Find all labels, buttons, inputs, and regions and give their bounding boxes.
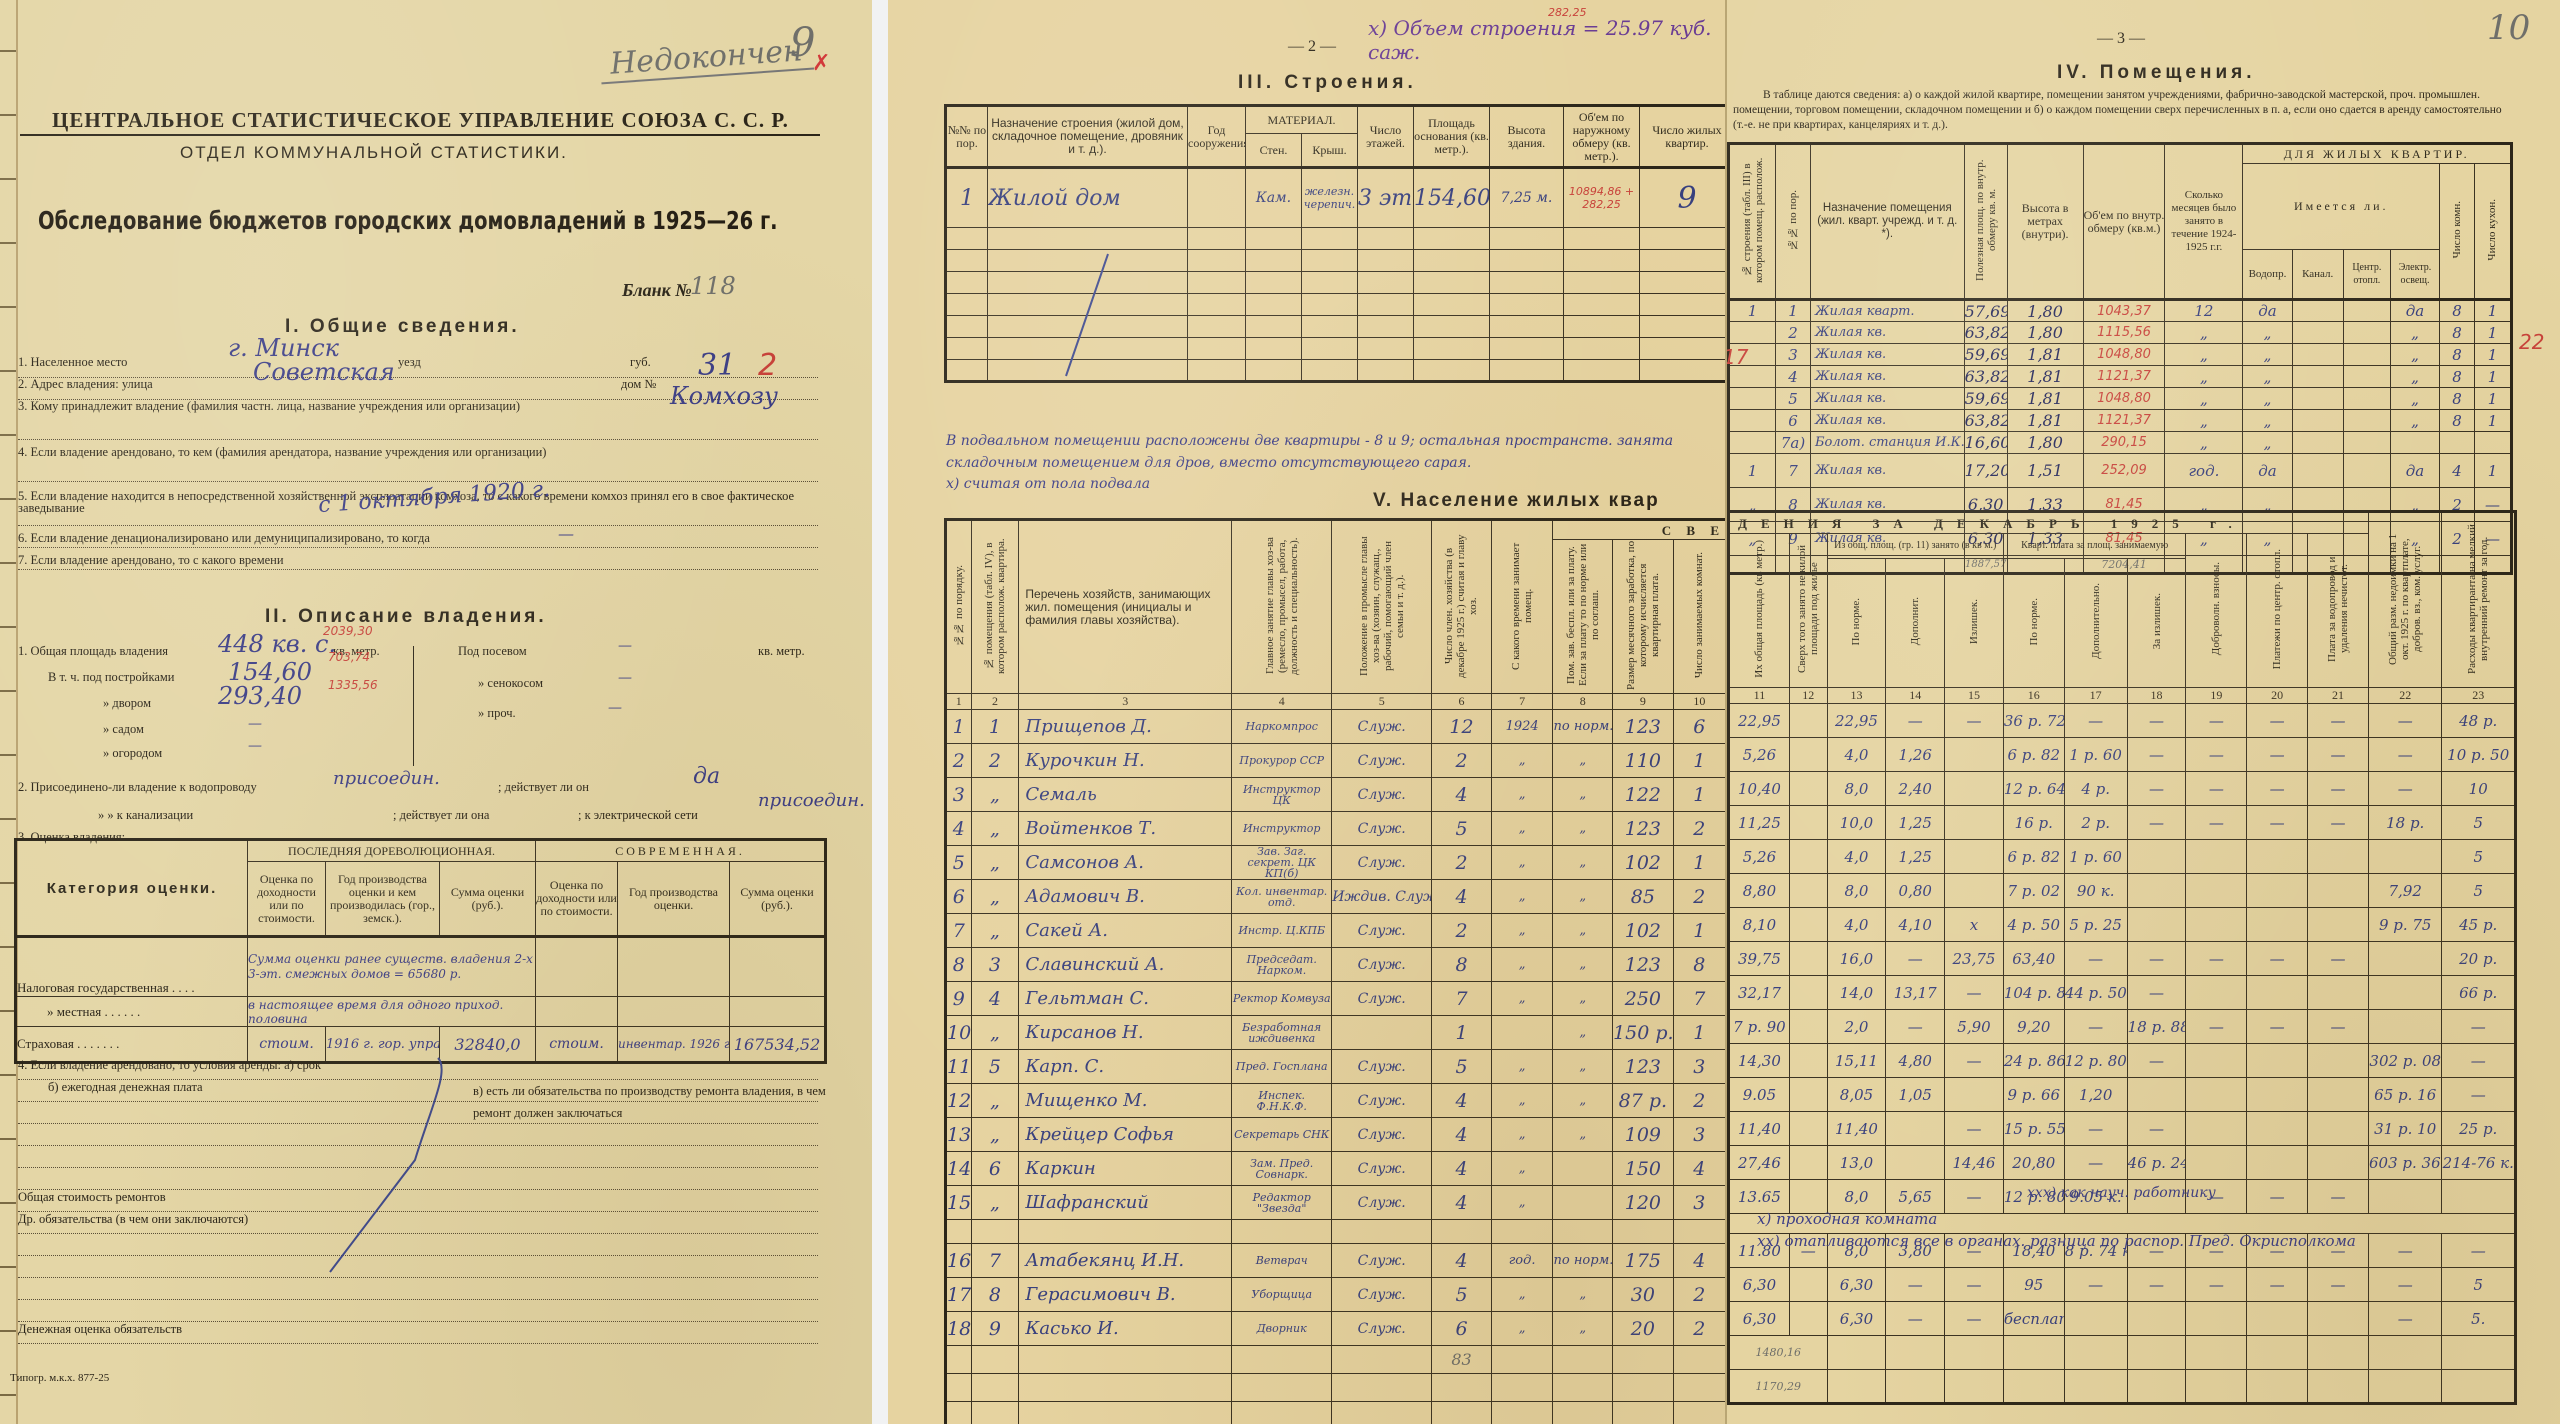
cell[interactable]: — [2369,1302,2442,1336]
cell[interactable]: Инстр. Ц.КПБ [1232,914,1332,948]
cell[interactable]: 1 [1673,744,1725,778]
cell[interactable]: „ [1491,914,1553,948]
cell[interactable]: 11,40 [1827,1112,1886,1146]
cell[interactable]: Курочкин Н. [1019,744,1232,778]
cell[interactable]: Жилая кварт. [1810,300,1964,322]
cell[interactable]: 2 р. [2064,806,2127,840]
cell[interactable] [2308,1044,2369,1078]
cell[interactable]: 7 [1432,982,1492,1016]
cell[interactable]: 8 [1673,948,1725,982]
cell[interactable]: „ [971,846,1019,880]
cell[interactable] [1945,874,2004,908]
cell[interactable]: 4 р. 50 [2003,908,2064,942]
cell[interactable]: 63,40 [2003,942,2064,976]
cell[interactable] [1789,1302,1827,1336]
cell[interactable]: 9 [1640,168,1726,228]
cell[interactable]: 1,80 [2007,432,2083,454]
cell[interactable]: 5,26 [1729,840,1790,874]
cell[interactable]: Мищенко М. [1019,1084,1232,1118]
cell[interactable] [2292,322,2343,344]
cell[interactable]: „ [1553,1118,1613,1152]
cell[interactable]: 9,20 [2003,1010,2064,1044]
cell[interactable]: 87 р. [1613,1084,1674,1118]
cell[interactable]: — [2308,704,2369,738]
cell[interactable]: 2 [1673,1084,1725,1118]
cell[interactable] [536,937,618,997]
cell[interactable]: „ [1491,1050,1553,1084]
cell[interactable]: да [2243,454,2292,488]
cell[interactable]: „ [971,914,1019,948]
cell[interactable]: Жилая кв. [1810,388,1964,410]
cell[interactable]: „ [1553,982,1613,1016]
cell[interactable]: 2 [1776,322,1811,344]
cell[interactable] [2186,1078,2247,1112]
cell[interactable]: — [2308,1010,2369,1044]
cell[interactable]: 3 [1673,1186,1725,1220]
cell[interactable]: 4,0 [1827,908,1886,942]
cell[interactable]: — [2186,1268,2247,1302]
cell[interactable]: 45 р. [2442,908,2516,942]
cell[interactable] [730,937,826,997]
cell[interactable]: Иждив. Служ. [1332,880,1432,914]
cell[interactable]: „ [1553,1278,1613,1312]
cell[interactable]: — [2442,1044,2516,1078]
cell[interactable]: 14,30 [1729,1044,1790,1078]
cell[interactable] [2442,1180,2516,1214]
cell[interactable]: Жилая кв. [1810,410,1964,432]
cell[interactable]: 46 р. 24 [2127,1146,2186,1180]
cell[interactable] [1729,410,1776,432]
area-other-value[interactable]: — [608,700,622,716]
cell[interactable]: „ [2165,410,2243,432]
cell[interactable]: 6 р. 82 [2003,738,2064,772]
cell[interactable]: — [2247,1268,2308,1302]
cell[interactable]: Славинский А. [1019,948,1232,982]
cell[interactable]: Семаль [1019,778,1232,812]
cell[interactable]: 30 [1613,1278,1674,1312]
cell[interactable]: Служ. [1332,982,1432,1016]
cell[interactable] [1945,806,2004,840]
cell[interactable]: 1 [2474,322,2511,344]
cell[interactable]: — [1945,976,2004,1010]
cell[interactable]: 32,17 [1729,976,1790,1010]
cell[interactable]: 1 [971,710,1019,744]
cell-note[interactable]: Сумма оценки ранее существ. владения 2-х… [248,937,536,997]
cell[interactable]: Сакей А. [1019,914,1232,948]
cell[interactable] [2369,840,2442,874]
cell[interactable]: 4,0 [1827,738,1886,772]
field-value[interactable]: Комхозу [670,390,778,402]
cell[interactable]: железн. черепич. [1302,168,1358,228]
cell[interactable] [1789,1044,1827,1078]
cell[interactable]: Наркомпрос [1232,710,1332,744]
cell[interactable]: 1,51 [2007,454,2083,488]
cell[interactable]: „ [1491,1312,1553,1346]
cell[interactable]: 109 [1613,1118,1674,1152]
cell[interactable]: 1 [2474,410,2511,432]
cell[interactable]: „ [1491,846,1553,880]
cell[interactable] [618,997,730,1027]
cell[interactable]: 122 [1613,778,1674,812]
cell[interactable]: „ [2243,432,2292,454]
cell[interactable] [2390,432,2439,454]
cell[interactable]: 3 [1673,1050,1725,1084]
cell[interactable]: — [2308,806,2369,840]
cell[interactable]: 8 [2440,344,2475,366]
cell[interactable] [2343,322,2390,344]
cell[interactable]: 7 [946,914,972,948]
cell[interactable]: — [2064,704,2127,738]
cell[interactable]: — [2247,1180,2308,1214]
cell[interactable]: 1121,37 [2083,366,2165,388]
cell[interactable] [1188,168,1246,228]
cell[interactable]: „ [1491,812,1553,846]
cell[interactable]: 603 р. 36 к. [2369,1146,2442,1180]
cell[interactable]: х [1945,908,2004,942]
cell[interactable]: „ [1491,982,1553,1016]
cell[interactable]: 4 [1776,366,1811,388]
cell[interactable]: 120 [1613,1186,1674,1220]
cell[interactable]: — [1945,1302,2004,1336]
cell[interactable] [1789,738,1827,772]
cell[interactable] [1789,1268,1827,1302]
cell[interactable]: 11 [946,1050,972,1084]
cell[interactable]: Гельтман С. [1019,982,1232,1016]
cell[interactable]: 123 [1613,948,1674,982]
cell[interactable] [2308,1302,2369,1336]
cell[interactable] [2343,432,2390,454]
cell[interactable]: Самсонов А. [1019,846,1232,880]
field-value[interactable]: г. Минск [228,342,339,354]
cell[interactable]: — [2127,772,2186,806]
cell[interactable]: 85 [1613,880,1674,914]
cell[interactable]: 5 [1776,388,1811,410]
cell[interactable] [2186,1302,2247,1336]
cell[interactable]: — [2064,1010,2127,1044]
cell[interactable] [2292,410,2343,432]
cell[interactable]: 13.65 [1729,1180,1790,1214]
cell[interactable]: — [2247,1010,2308,1044]
cell[interactable] [2064,1302,2127,1336]
cell[interactable]: 1 р. 60 [2064,738,2127,772]
cell[interactable]: Крейцер Софья [1019,1118,1232,1152]
cell[interactable]: 39,75 [1729,942,1790,976]
cell[interactable]: — [2247,772,2308,806]
cell[interactable]: 1,26 [1886,738,1945,772]
cell[interactable] [2247,1044,2308,1078]
cell[interactable]: — [2186,704,2247,738]
cell[interactable]: — [2369,704,2442,738]
cell[interactable]: 1048,80 [2083,388,2165,410]
cell[interactable]: 2,40 [1886,772,1945,806]
cell[interactable]: 95 [2003,1268,2064,1302]
electric-value[interactable]: присоедин. [758,790,865,811]
cell[interactable]: Служ. [1332,1084,1432,1118]
cell[interactable]: 1043,37 [2083,300,2165,322]
cell[interactable]: 8 [1432,948,1492,982]
cell[interactable]: 59,69 [1964,344,2007,366]
cell[interactable]: 6 [946,880,972,914]
cell[interactable]: 13,17 [1886,976,1945,1010]
field-value[interactable]: Советская [253,366,395,378]
cell[interactable]: 66 р. [2442,976,2516,1010]
cell[interactable]: — [2186,806,2247,840]
cell[interactable] [1789,874,1827,908]
cell[interactable]: 7 [1673,982,1725,1016]
cell[interactable]: Служ. [1332,778,1432,812]
cell[interactable] [1789,1112,1827,1146]
cell[interactable]: 214-76 к. [2442,1146,2516,1180]
cell[interactable] [1886,1146,1945,1180]
cell[interactable]: — [2308,942,2369,976]
cell[interactable]: Прокурор ССР [1232,744,1332,778]
cell[interactable]: 57,69 [1964,300,2007,322]
cell[interactable]: 8 [2440,388,2475,410]
cell[interactable]: — [2127,942,2186,976]
cell[interactable] [1553,1186,1613,1220]
cell[interactable]: 3 эт. [1358,168,1414,228]
cell[interactable]: год. [1491,1244,1553,1278]
cell[interactable]: 10,0 [1827,806,1886,840]
cell[interactable]: 8,0 [1827,1180,1886,1214]
cell[interactable]: 1 [2474,366,2511,388]
cell[interactable]: Жилая кв. [1810,454,1964,488]
cell[interactable]: 2 [946,744,972,778]
cell[interactable]: Ветврач [1232,1244,1332,1278]
cell[interactable]: Служ. [1332,914,1432,948]
cell[interactable]: 8 [2440,300,2475,322]
cell[interactable]: Служ. [1332,744,1432,778]
cell[interactable]: 18 р. 88 [2127,1010,2186,1044]
cell[interactable]: 150 р. [1613,1016,1674,1050]
cell[interactable]: 12 [1432,710,1492,744]
cell[interactable] [2292,366,2343,388]
cell[interactable] [2247,908,2308,942]
cell[interactable]: 2,0 [1827,1010,1886,1044]
cell[interactable] [2308,976,2369,1010]
cell[interactable]: 4 [1432,1118,1492,1152]
cell[interactable]: — [2369,772,2442,806]
cell[interactable]: „ [2243,344,2292,366]
cell[interactable]: „ [2165,366,2243,388]
cell[interactable]: Служ. [1332,1152,1432,1186]
cell[interactable]: 3 [1776,344,1811,366]
cell[interactable]: 6,30 [1729,1302,1790,1336]
cell[interactable]: „ [971,778,1019,812]
cell[interactable]: 8 [2440,366,2475,388]
cell[interactable]: — [2369,1234,2442,1268]
cell[interactable]: 18 р. [2369,806,2442,840]
cell[interactable]: 8,80 [1729,874,1790,908]
cell[interactable]: 36 р. 72 [2003,704,2064,738]
cell[interactable]: 16,0 [1827,942,1886,976]
cell[interactable]: 6 [1432,1312,1492,1346]
cell[interactable]: 5 [1432,812,1492,846]
cell[interactable]: „ [2243,366,2292,388]
cell[interactable]: 90 к. [2064,874,2127,908]
cell[interactable]: 4 [1432,778,1492,812]
cell[interactable] [1945,840,2004,874]
cell[interactable]: 14 [946,1152,972,1186]
cell[interactable]: Жилой дом [988,168,1188,228]
cell[interactable]: 4,10 [1886,908,1945,942]
cell[interactable] [618,937,730,997]
cell[interactable]: 302 р. 08 [2369,1044,2442,1078]
cell[interactable]: — [2442,1010,2516,1044]
cell[interactable]: 10 р. 50 [2442,738,2516,772]
cell[interactable] [2247,1302,2308,1336]
cell[interactable]: 1 [946,710,972,744]
cell[interactable]: 1,25 [1886,840,1945,874]
cell[interactable]: 44 р. 50 [2064,976,2127,1010]
cell[interactable] [1789,1180,1827,1214]
cell[interactable]: 10 [2442,772,2516,806]
cell[interactable]: 4 [1673,1244,1725,1278]
cell[interactable]: да [2243,300,2292,322]
cell[interactable]: 1 [1673,846,1725,880]
cell[interactable]: Редактор "Звезда" [1232,1186,1332,1220]
cell[interactable] [2308,1078,2369,1112]
cell[interactable]: по норм. [1553,710,1613,744]
water-works-value[interactable]: да [693,764,720,789]
cell[interactable]: „ [1553,1016,1613,1050]
cell[interactable]: 9 р. 66 [2003,1078,2064,1112]
cell[interactable] [1789,1078,1827,1112]
cell[interactable]: 2 [1673,1278,1725,1312]
cell[interactable]: 5 [1432,1278,1492,1312]
cell[interactable]: — [2127,1268,2186,1302]
cell[interactable]: 3 [971,948,1019,982]
area-hay-value[interactable]: — [618,670,632,686]
cell[interactable]: 1,81 [2007,388,2083,410]
cell[interactable]: Адамович В. [1019,880,1232,914]
cell[interactable] [1789,908,1827,942]
cell[interactable]: „ [1553,812,1613,846]
cell[interactable]: Ректор Комвуза [1232,982,1332,1016]
cell[interactable]: 6 [1776,410,1811,432]
cell[interactable]: 24 р. 86 [2003,1044,2064,1078]
cell[interactable]: „ [2390,388,2439,410]
cell[interactable] [1945,772,2004,806]
cell[interactable]: 12 [2165,300,2243,322]
cell[interactable]: 17,20 [1964,454,2007,488]
cell[interactable]: 1 р. 60 [2064,840,2127,874]
cell[interactable]: 1 [946,168,988,228]
cell[interactable]: 1,05 [1886,1078,1945,1112]
cell[interactable]: „ [2390,322,2439,344]
cell[interactable]: Служ. [1332,846,1432,880]
cell[interactable]: Служ. [1332,710,1432,744]
cell[interactable]: да [2390,300,2439,322]
cell[interactable]: 4 [971,982,1019,1016]
cell[interactable]: 1 [1729,454,1776,488]
cell[interactable] [2186,1146,2247,1180]
cell[interactable] [2247,1112,2308,1146]
cell[interactable]: 175 [1613,1244,1674,1278]
cell[interactable]: Служ. [1332,948,1432,982]
cell[interactable]: 15 р. 55 [2003,1112,2064,1146]
cell[interactable]: 4,80 [1886,1044,1945,1078]
cell[interactable]: Инструктор [1232,812,1332,846]
cell[interactable]: Шафранский [1019,1186,1232,1220]
cell[interactable]: 5 [2442,840,2516,874]
cell[interactable]: — [2186,738,2247,772]
cell[interactable] [2127,874,2186,908]
cell[interactable]: 5 р. 25 [2064,908,2127,942]
cell[interactable]: — [2247,704,2308,738]
cell[interactable]: 31 р. 10 [2369,1112,2442,1146]
cell[interactable]: — [2064,1112,2127,1146]
cell[interactable]: 17 [946,1278,972,1312]
cell[interactable]: 1115,56 [2083,322,2165,344]
cell[interactable]: 8,10 [1729,908,1790,942]
cell[interactable]: — [1886,942,1945,976]
cell[interactable]: Служ. [1332,812,1432,846]
cell[interactable]: 15,11 [1827,1044,1886,1078]
cell[interactable]: 14,46 [1945,1146,2004,1180]
cell[interactable]: 1,80 [2007,300,2083,322]
cell[interactable]: 6 р. 82 [2003,840,2064,874]
cell[interactable]: 290,15 [2083,432,2165,454]
cell[interactable] [2308,840,2369,874]
cell[interactable]: год. [2165,454,2243,488]
cell[interactable]: Кирсанов Н. [1019,1016,1232,1050]
cell[interactable]: 16 р. [2003,806,2064,840]
cell[interactable]: Инспек. Ф.Н.К.Ф. [1232,1084,1332,1118]
cell[interactable]: 20 р. [2442,942,2516,976]
cell[interactable]: 10894,86 + 282,25 [1564,168,1640,228]
cell[interactable]: 22,95 [1729,704,1790,738]
cell[interactable]: „ [2165,432,2243,454]
cell[interactable]: Кам. [1246,168,1302,228]
cell[interactable]: — [2127,806,2186,840]
cell[interactable]: 8,0 [1827,874,1886,908]
cell[interactable]: 6,30 [1729,1268,1790,1302]
cell[interactable]: „ [2165,322,2243,344]
cell[interactable]: 1,25 [1886,806,1945,840]
cell[interactable]: 9.05 [1729,1078,1790,1112]
cell[interactable]: 7 [971,1244,1019,1278]
cell[interactable]: 59,69 [1964,388,2007,410]
cell[interactable]: 12 р. 80 [2064,1044,2127,1078]
cell[interactable]: „ [1553,744,1613,778]
cell[interactable]: „ [1553,846,1613,880]
cell[interactable] [2343,410,2390,432]
cell[interactable]: — [2308,1180,2369,1214]
area-sown-value[interactable]: — [618,638,632,654]
cell[interactable]: — [1945,1044,2004,1078]
cell[interactable]: 8 [971,1278,1019,1312]
cell[interactable]: 1,81 [2007,366,2083,388]
cell[interactable]: Уборщица [1232,1278,1332,1312]
cell[interactable]: 4 [1432,1244,1492,1278]
cell[interactable]: Инструктор ЦК [1232,778,1332,812]
cell[interactable] [1491,1016,1553,1050]
cell[interactable]: — [2369,1268,2442,1302]
cell[interactable]: „ [2243,388,2292,410]
cell[interactable]: 9 [971,1312,1019,1346]
cell[interactable]: Служ. [1332,1312,1432,1346]
cell[interactable]: „ [971,880,1019,914]
cell[interactable]: „ [2390,410,2439,432]
cell[interactable]: „ [971,1118,1019,1152]
cell[interactable]: 25 р. [2442,1112,2516,1146]
cell[interactable]: Каркин [1019,1152,1232,1186]
cell[interactable]: 6,30 [1827,1302,1886,1336]
cell[interactable]: 20 [1613,1312,1674,1346]
cell[interactable]: „ [971,812,1019,846]
cell[interactable]: 4 [1432,1152,1492,1186]
